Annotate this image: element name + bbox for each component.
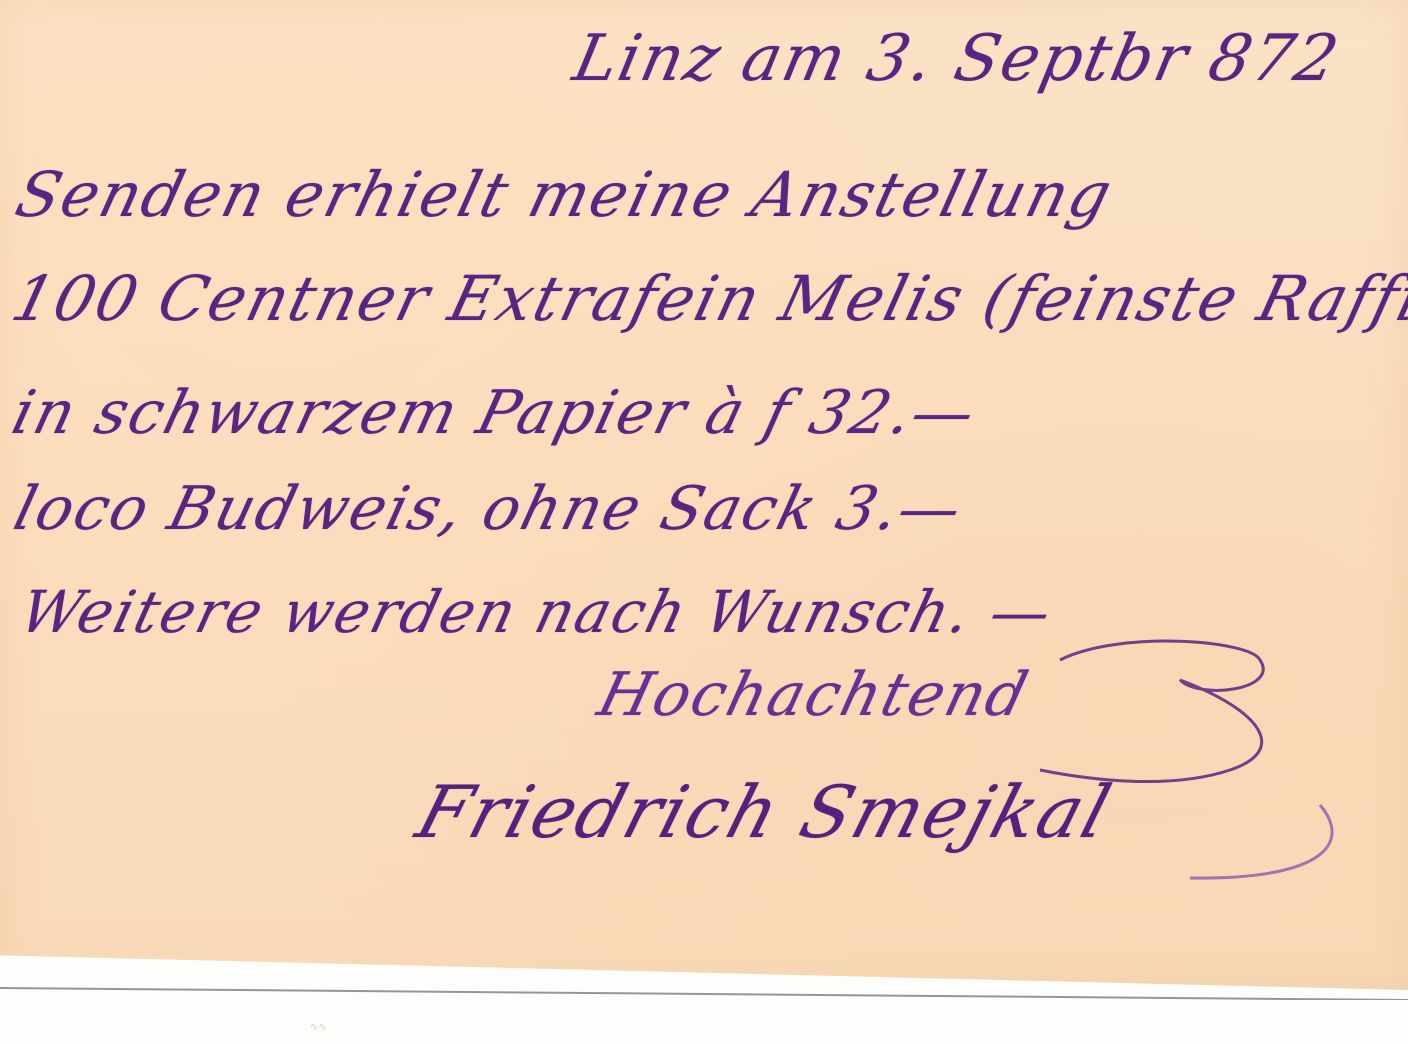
scan-artifact: ∿∿ [310,1022,350,1032]
body-line-4: loco Budweis, ohne Sack 3.— [7,474,970,544]
scanned-postcard: Linz am 3. Septbr 872 Senden erhielt mei… [0,0,1408,1044]
body-line-2: 100 Centner Extrafein Melis (feinste Raf… [5,262,1408,335]
body-line-1: Senden erhielt meine Anstellung [9,158,1121,231]
place-date-header: Linz am 3. Septbr 872 [567,22,1346,96]
closing-salutation: Hochachtend [591,660,1036,730]
body-line-5: Weitere werden nach Wunsch. — [14,578,1060,646]
body-line-3: in schwarzem Papier à f 32.— [5,378,983,448]
signature: Friedrich Smejkal [408,770,1121,854]
